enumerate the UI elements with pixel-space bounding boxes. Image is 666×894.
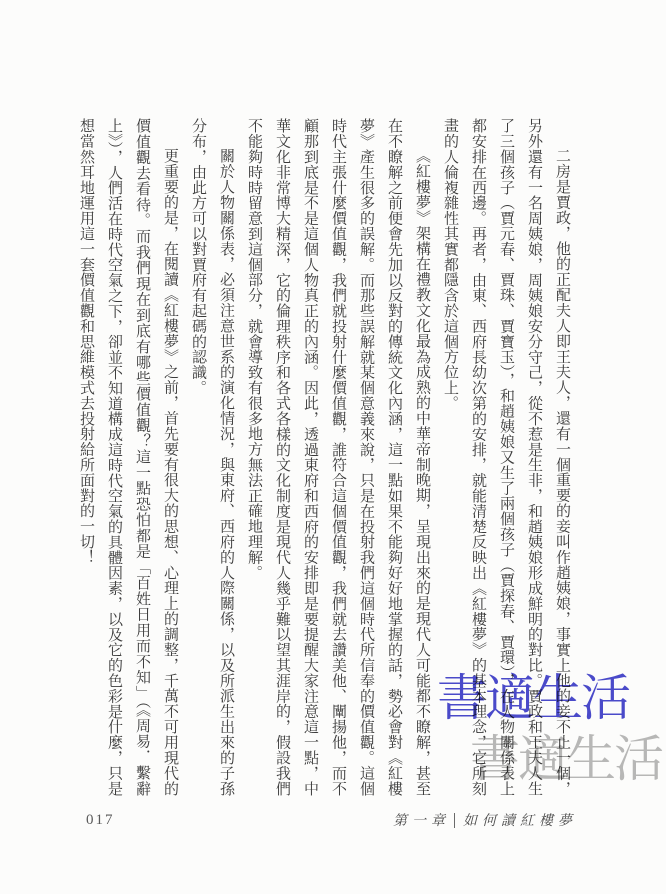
book-page: 二房是賈政，他的正配夫人即王夫人，還有一個重要的妾叫作趙姨娘，事實上他的妾不止一… [0,0,666,894]
body-paragraph-1: 二房是賈政，他的正配夫人即王夫人，還有一個重要的妾叫作趙姨娘，事實上他的妾不止一… [436,118,576,796]
page-number: 017 [86,812,115,829]
chapter-title: 如何讀紅樓夢 [463,810,577,830]
body-paragraph-2: 《紅樓夢》架構在禮教文化最為成熟的中華帝制晚期，呈現出來的是現代人可能都不瞭解，… [240,118,436,796]
body-text-block: 二房是賈政，他的正配夫人即王夫人，還有一個重要的妾叫作趙姨娘，事實上他的妾不止一… [68,118,576,796]
running-footer: 第一章 如何讀紅樓夢 [393,810,577,830]
chapter-label: 第一章 [393,810,450,830]
body-paragraph-3: 關於人物關係表，必須注意世系的演化情況，與東府、西府的人際關係，以及所派生出來的… [184,118,240,796]
footer-divider [454,813,455,828]
body-paragraph-4: 更重要的是，在閱讀《紅樓夢》之前，首先要有很大的思想、心理上的調整，千萬不可用現… [72,118,184,796]
